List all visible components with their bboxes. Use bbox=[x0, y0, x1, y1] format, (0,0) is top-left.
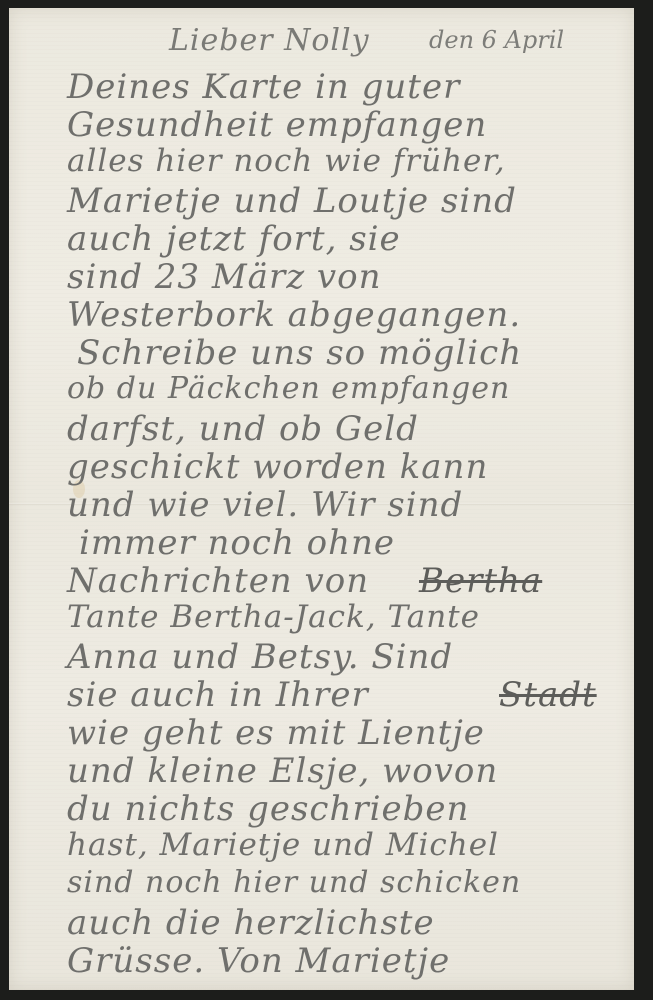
text-line-24: Grüsse. Von Marietje bbox=[67, 944, 450, 978]
text-line-11: geschickt worden kann bbox=[67, 450, 488, 484]
text-line-10: darfst, und ob Geld bbox=[67, 412, 419, 446]
letter-date: den 6 April bbox=[429, 26, 564, 54]
scan-frame: Lieber Nolly den 6 April Deines Karte in… bbox=[0, 0, 653, 1000]
text-line-23: auch die herzlichste bbox=[67, 906, 435, 940]
text-line-13: immer noch ohne bbox=[79, 526, 395, 560]
text-line-22: sind noch hier und schicken bbox=[67, 868, 521, 898]
text-line-16: Anna und Betsy. Sind bbox=[67, 640, 453, 674]
text-line-9: ob du Päckchen empfangen bbox=[67, 374, 510, 404]
text-line-18: wie geht es mit Lientje bbox=[67, 716, 485, 750]
struck-text: Stadt bbox=[499, 675, 597, 715]
text-line-2: Gesundheit empfangen bbox=[67, 108, 487, 142]
text-line-4: Marietje und Loutje sind bbox=[67, 184, 517, 218]
text-line-6: sind 23 März von bbox=[67, 260, 382, 294]
salutation: Lieber Nolly bbox=[169, 26, 370, 56]
text-line-21: hast, Marietje und Michel bbox=[67, 830, 499, 861]
letter-page: Lieber Nolly den 6 April Deines Karte in… bbox=[9, 8, 634, 990]
struck-word: Bertha bbox=[419, 564, 542, 598]
text-line-8: Schreibe uns so möglich bbox=[77, 336, 522, 370]
text-line-12: und wie viel. Wir sind bbox=[67, 488, 463, 522]
text-line-20: du nichts geschrieben bbox=[67, 792, 469, 826]
struck-text: Bertha bbox=[419, 561, 542, 601]
text-line-14: Nachrichten von bbox=[67, 564, 369, 598]
text-line-1: Deines Karte in guter bbox=[67, 70, 460, 104]
text-line-17: sie auch in Ihrer bbox=[67, 678, 369, 712]
text-line-7: Westerbork abgegangen. bbox=[67, 298, 521, 332]
text-line-5: auch jetzt fort, sie bbox=[67, 222, 401, 256]
struck-word: Stadt bbox=[499, 678, 597, 712]
text-line-19: und kleine Elsje, wovon bbox=[67, 754, 498, 788]
text-line-15: Tante Bertha-Jack, Tante bbox=[67, 602, 480, 633]
text-line-3: alles hier noch wie früher, bbox=[67, 146, 506, 177]
